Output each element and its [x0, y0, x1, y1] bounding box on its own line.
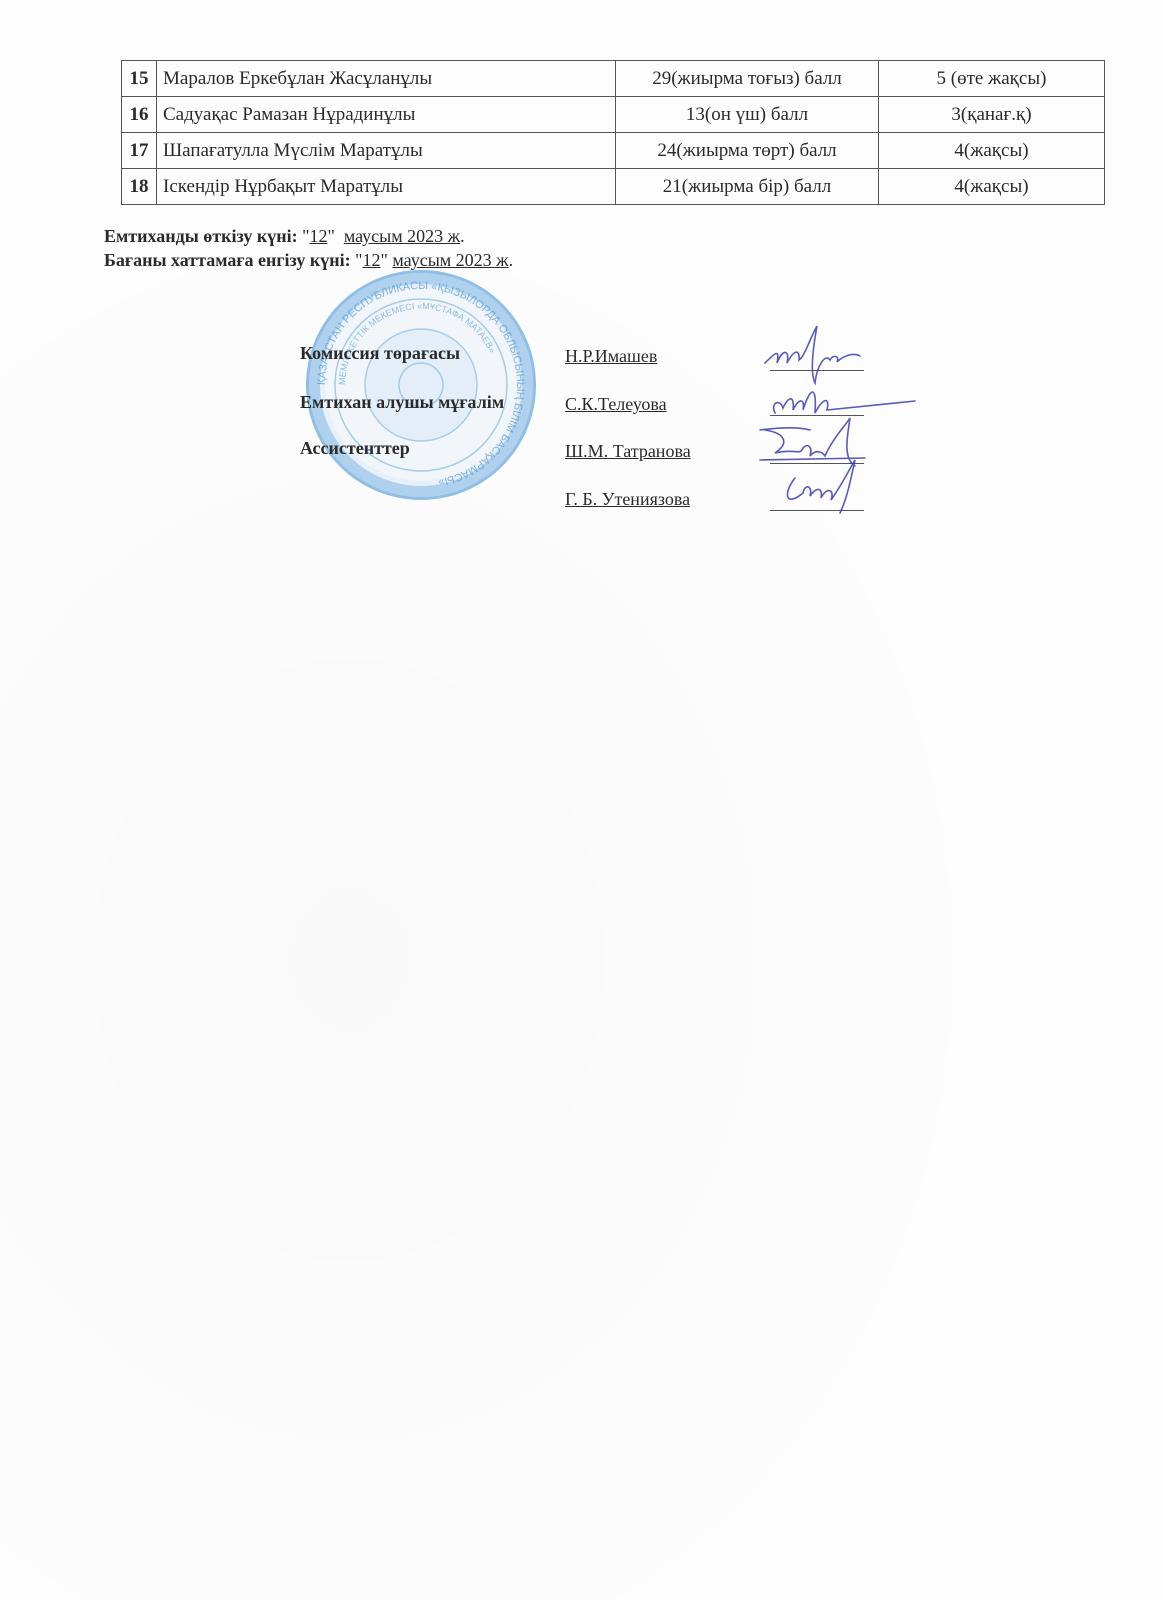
grade: 3(қанағ.қ): [879, 97, 1105, 133]
table-row: 18 Іскендір Нұрбақыт Маратұлы 21(жиырма …: [122, 169, 1105, 205]
score: 21(жиырма бір) балл: [616, 169, 879, 205]
dates-block: Емтиханды өткізу күні: "12" маусым 2023 …: [104, 224, 513, 272]
student-name: Садуақас Рамазан Нұрадинұлы: [157, 97, 616, 133]
handwritten-signatures-icon: [755, 318, 925, 518]
role-chairman: Комиссия төрағасы: [300, 343, 460, 364]
name-assistant-2: Г. Б. Утениязова: [565, 489, 690, 510]
score: 13(он үш) балл: [616, 97, 879, 133]
score: 24(жиырма төрт) балл: [616, 133, 879, 169]
name-assistant-1: Ш.М. Татранова: [565, 441, 691, 462]
student-name: Маралов Еркебұлан Жасұланұлы: [157, 61, 616, 97]
name-chairman: Н.Р.Имашев: [565, 346, 657, 367]
score: 29(жиырма тоғыз) балл: [616, 61, 879, 97]
role-examiner: Емтихан алушы мұғалім: [300, 392, 504, 413]
exam-date-line: Емтиханды өткізу күні: "12" маусым 2023 …: [104, 224, 513, 248]
exam-day: 12: [309, 226, 327, 246]
table-row: 15 Маралов Еркебұлан Жасұланұлы 29(жиырм…: [122, 61, 1105, 97]
entry-day: 12: [363, 250, 381, 270]
role-assistants: Ассистенттер: [300, 438, 410, 459]
student-name: Іскендір Нұрбақыт Маратұлы: [157, 169, 616, 205]
student-name: Шапағатулла Мүслім Маратұлы: [157, 133, 616, 169]
entry-date-line: Бағаны хаттамаға енгізу күні: "12" маусы…: [104, 248, 513, 272]
grade: 4(жақсы): [879, 133, 1105, 169]
name-examiner: С.К.Телеуова: [565, 394, 667, 415]
entry-date-label: Бағаны хаттамаға енгізу күні:: [104, 250, 351, 270]
row-number: 17: [122, 133, 157, 169]
table-row: 17 Шапағатулла Мүслім Маратұлы 24(жиырма…: [122, 133, 1105, 169]
row-number: 16: [122, 97, 157, 133]
stamp-emblem-icon: ҚАЗАҚСТАН РЕСПУБЛИКАСЫ «ҚЫЗЫЛОРДА ОБЛЫСЫ…: [309, 273, 533, 497]
grade: 5 (өте жақсы): [879, 61, 1105, 97]
grade: 4(жақсы): [879, 169, 1105, 205]
grades-table: 15 Маралов Еркебұлан Жасұланұлы 29(жиырм…: [121, 60, 1105, 205]
table-row: 16 Садуақас Рамазан Нұрадинұлы 13(он үш)…: [122, 97, 1105, 133]
row-number: 15: [122, 61, 157, 97]
entry-month-year: маусым 2023 ж: [392, 250, 508, 270]
exam-month-year: маусым 2023 ж: [344, 226, 460, 246]
exam-date-label: Емтиханды өткізу күні:: [104, 226, 298, 246]
official-stamp: ҚАЗАҚСТАН РЕСПУБЛИКАСЫ «ҚЫЗЫЛОРДА ОБЛЫСЫ…: [306, 270, 536, 500]
row-number: 18: [122, 169, 157, 205]
